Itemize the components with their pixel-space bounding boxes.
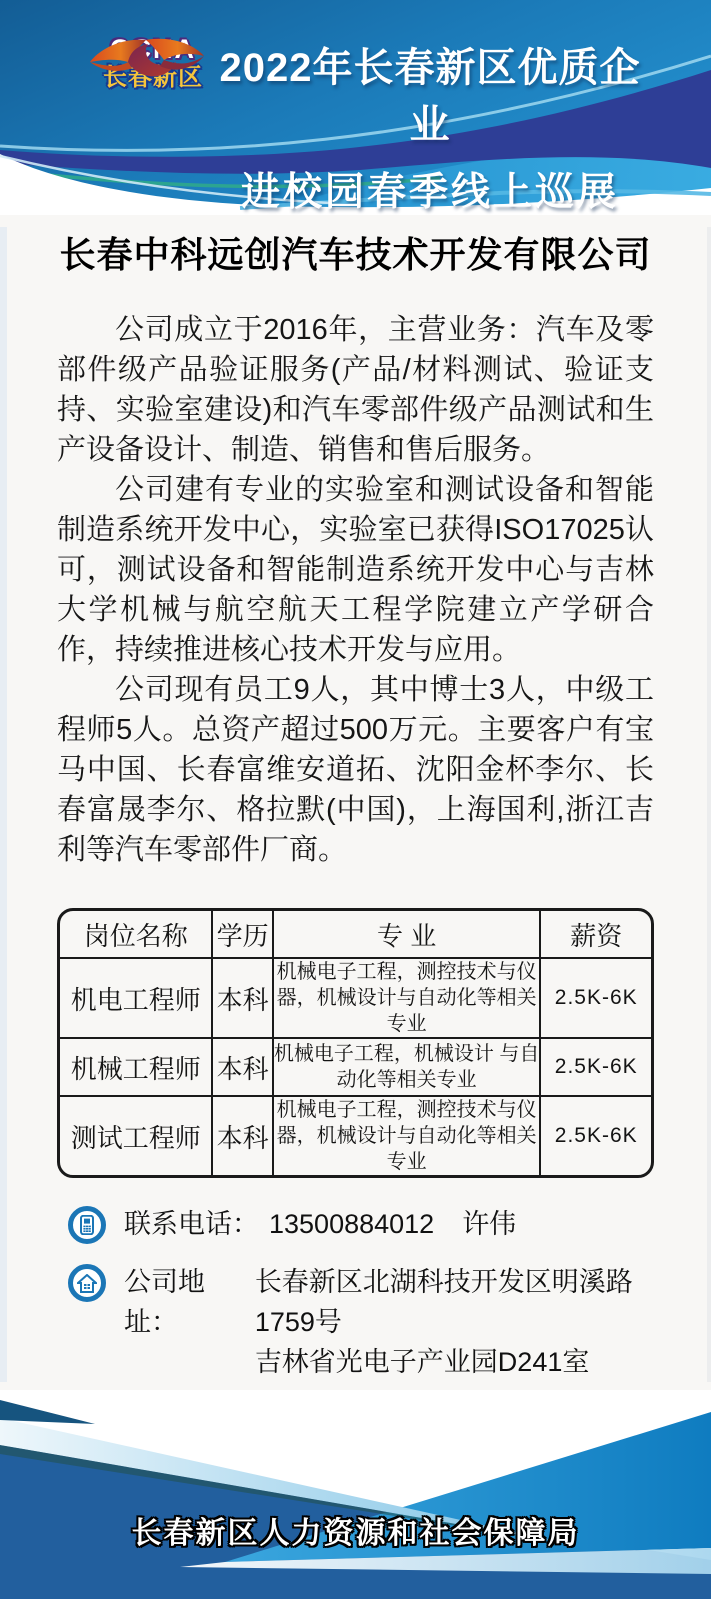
job-education: 本科: [212, 958, 272, 1038]
phone-row: 联系电话：13500884012许伟: [68, 1204, 671, 1244]
contact-person: 许伟: [462, 1204, 516, 1244]
ccna-logo: CCNA 长春新区: [88, 36, 218, 90]
ribbon-c-icon: [88, 36, 206, 82]
job-major: 机械电子工程，测控技术与仪器，机械设计与自动化等相关专业: [273, 1096, 541, 1175]
content-area: 长春中科远创汽车技术开发有限公司 公司成立于2016年，主营业务：汽车及零部件级…: [0, 227, 711, 1382]
job-major: 机械电子工程，测控技术与仪器，机械设计与自动化等相关专业: [273, 958, 541, 1038]
phone-label: 联系电话：: [124, 1204, 259, 1244]
job-position: 机电工程师: [60, 958, 212, 1038]
jobs-table: 岗位名称 学历 专 业 薪资 机电工程师 本科 机械电子工程，测控技术与仪器，机…: [60, 911, 651, 1175]
phone-number: 13500884012: [269, 1204, 434, 1244]
col-header-position: 岗位名称: [60, 911, 212, 958]
company-description: 公司成立于2016年，主营业务：汽车及零部件级产品验证服务(产品/材料测试、验证…: [57, 310, 654, 870]
job-major: 机械电子工程，机械设计 与自动化等相关专业: [273, 1038, 541, 1096]
job-salary: 2.5K-6K: [540, 958, 651, 1038]
home-icon: [68, 1264, 106, 1302]
phone-info: 联系电话：13500884012许伟: [124, 1204, 516, 1244]
col-header-major: 专 业: [273, 911, 541, 958]
page-edge-left: [0, 227, 7, 1382]
page-edge-right: [707, 227, 711, 1382]
address-line2: 吉林省光电子产业园D241室: [255, 1342, 671, 1382]
phone-icon: [68, 1206, 106, 1244]
address-row: 公司地址： 长春新区北湖科技开发区明溪路1759号 吉林省光电子产业园D241室: [68, 1262, 671, 1382]
jobs-table-wrapper: 岗位名称 学历 专 业 薪资 机电工程师 本科 机械电子工程，测控技术与仪器，机…: [57, 908, 654, 1178]
footer-banner: 长春新区人力资源和社会保障局: [0, 1390, 711, 1599]
contact-section: 联系电话：13500884012许伟 公司地址： 长春新区北湖科技开发区明溪路1…: [68, 1204, 671, 1382]
jobs-table-header-row: 岗位名称 学历 专 业 薪资: [60, 911, 651, 958]
job-salary: 2.5K-6K: [540, 1038, 651, 1096]
company-name-heading: 长春中科远创汽车技术开发有限公司: [20, 227, 691, 278]
footer-wave-background: [0, 1390, 711, 1599]
company-paragraph-2: 公司建有专业的实验室和测试设备和智能制造系统开发中心，实验室已获得ISO1702…: [57, 470, 654, 670]
table-row: 机械工程师 本科 机械电子工程，机械设计 与自动化等相关专业 2.5K-6K: [60, 1038, 651, 1096]
address-line1: 长春新区北湖科技开发区明溪路1759号: [255, 1262, 671, 1342]
company-paragraph-1: 公司成立于2016年，主营业务：汽车及零部件级产品验证服务(产品/材料测试、验证…: [57, 310, 654, 470]
footer-organization: 长春新区人力资源和社会保障局: [0, 1508, 711, 1552]
event-title-line2: 进校园春季线上巡展: [200, 161, 660, 217]
job-salary: 2.5K-6K: [540, 1096, 651, 1175]
table-row: 测试工程师 本科 机械电子工程，测控技术与仪器，机械设计与自动化等相关专业 2.…: [60, 1096, 651, 1175]
event-title: 2022年长春新区优质企业 进校园春季线上巡展: [200, 36, 660, 217]
job-education: 本科: [212, 1038, 272, 1096]
address-info: 公司地址： 长春新区北湖科技开发区明溪路1759号 吉林省光电子产业园D241室: [124, 1262, 671, 1382]
header-banner: CCNA 长春新区 2022年长春新区优质企业 进校园春季线上巡展: [0, 0, 711, 215]
job-position: 机械工程师: [60, 1038, 212, 1096]
col-header-salary: 薪资: [540, 911, 651, 958]
address-label: 公司地址：: [124, 1262, 245, 1382]
event-title-line1: 2022年长春新区优质企业: [200, 36, 660, 150]
company-paragraph-3: 公司现有员工9人，其中博士3人，中级工程师5人。总资产超过500万元。主要客户有…: [57, 670, 654, 870]
recruitment-poster: CCNA 长春新区 2022年长春新区优质企业 进校园春季线上巡展 长春中科远创…: [0, 0, 711, 1599]
col-header-education: 学历: [212, 911, 272, 958]
job-education: 本科: [212, 1096, 272, 1175]
job-position: 测试工程师: [60, 1096, 212, 1175]
table-row: 机电工程师 本科 机械电子工程，测控技术与仪器，机械设计与自动化等相关专业 2.…: [60, 958, 651, 1038]
